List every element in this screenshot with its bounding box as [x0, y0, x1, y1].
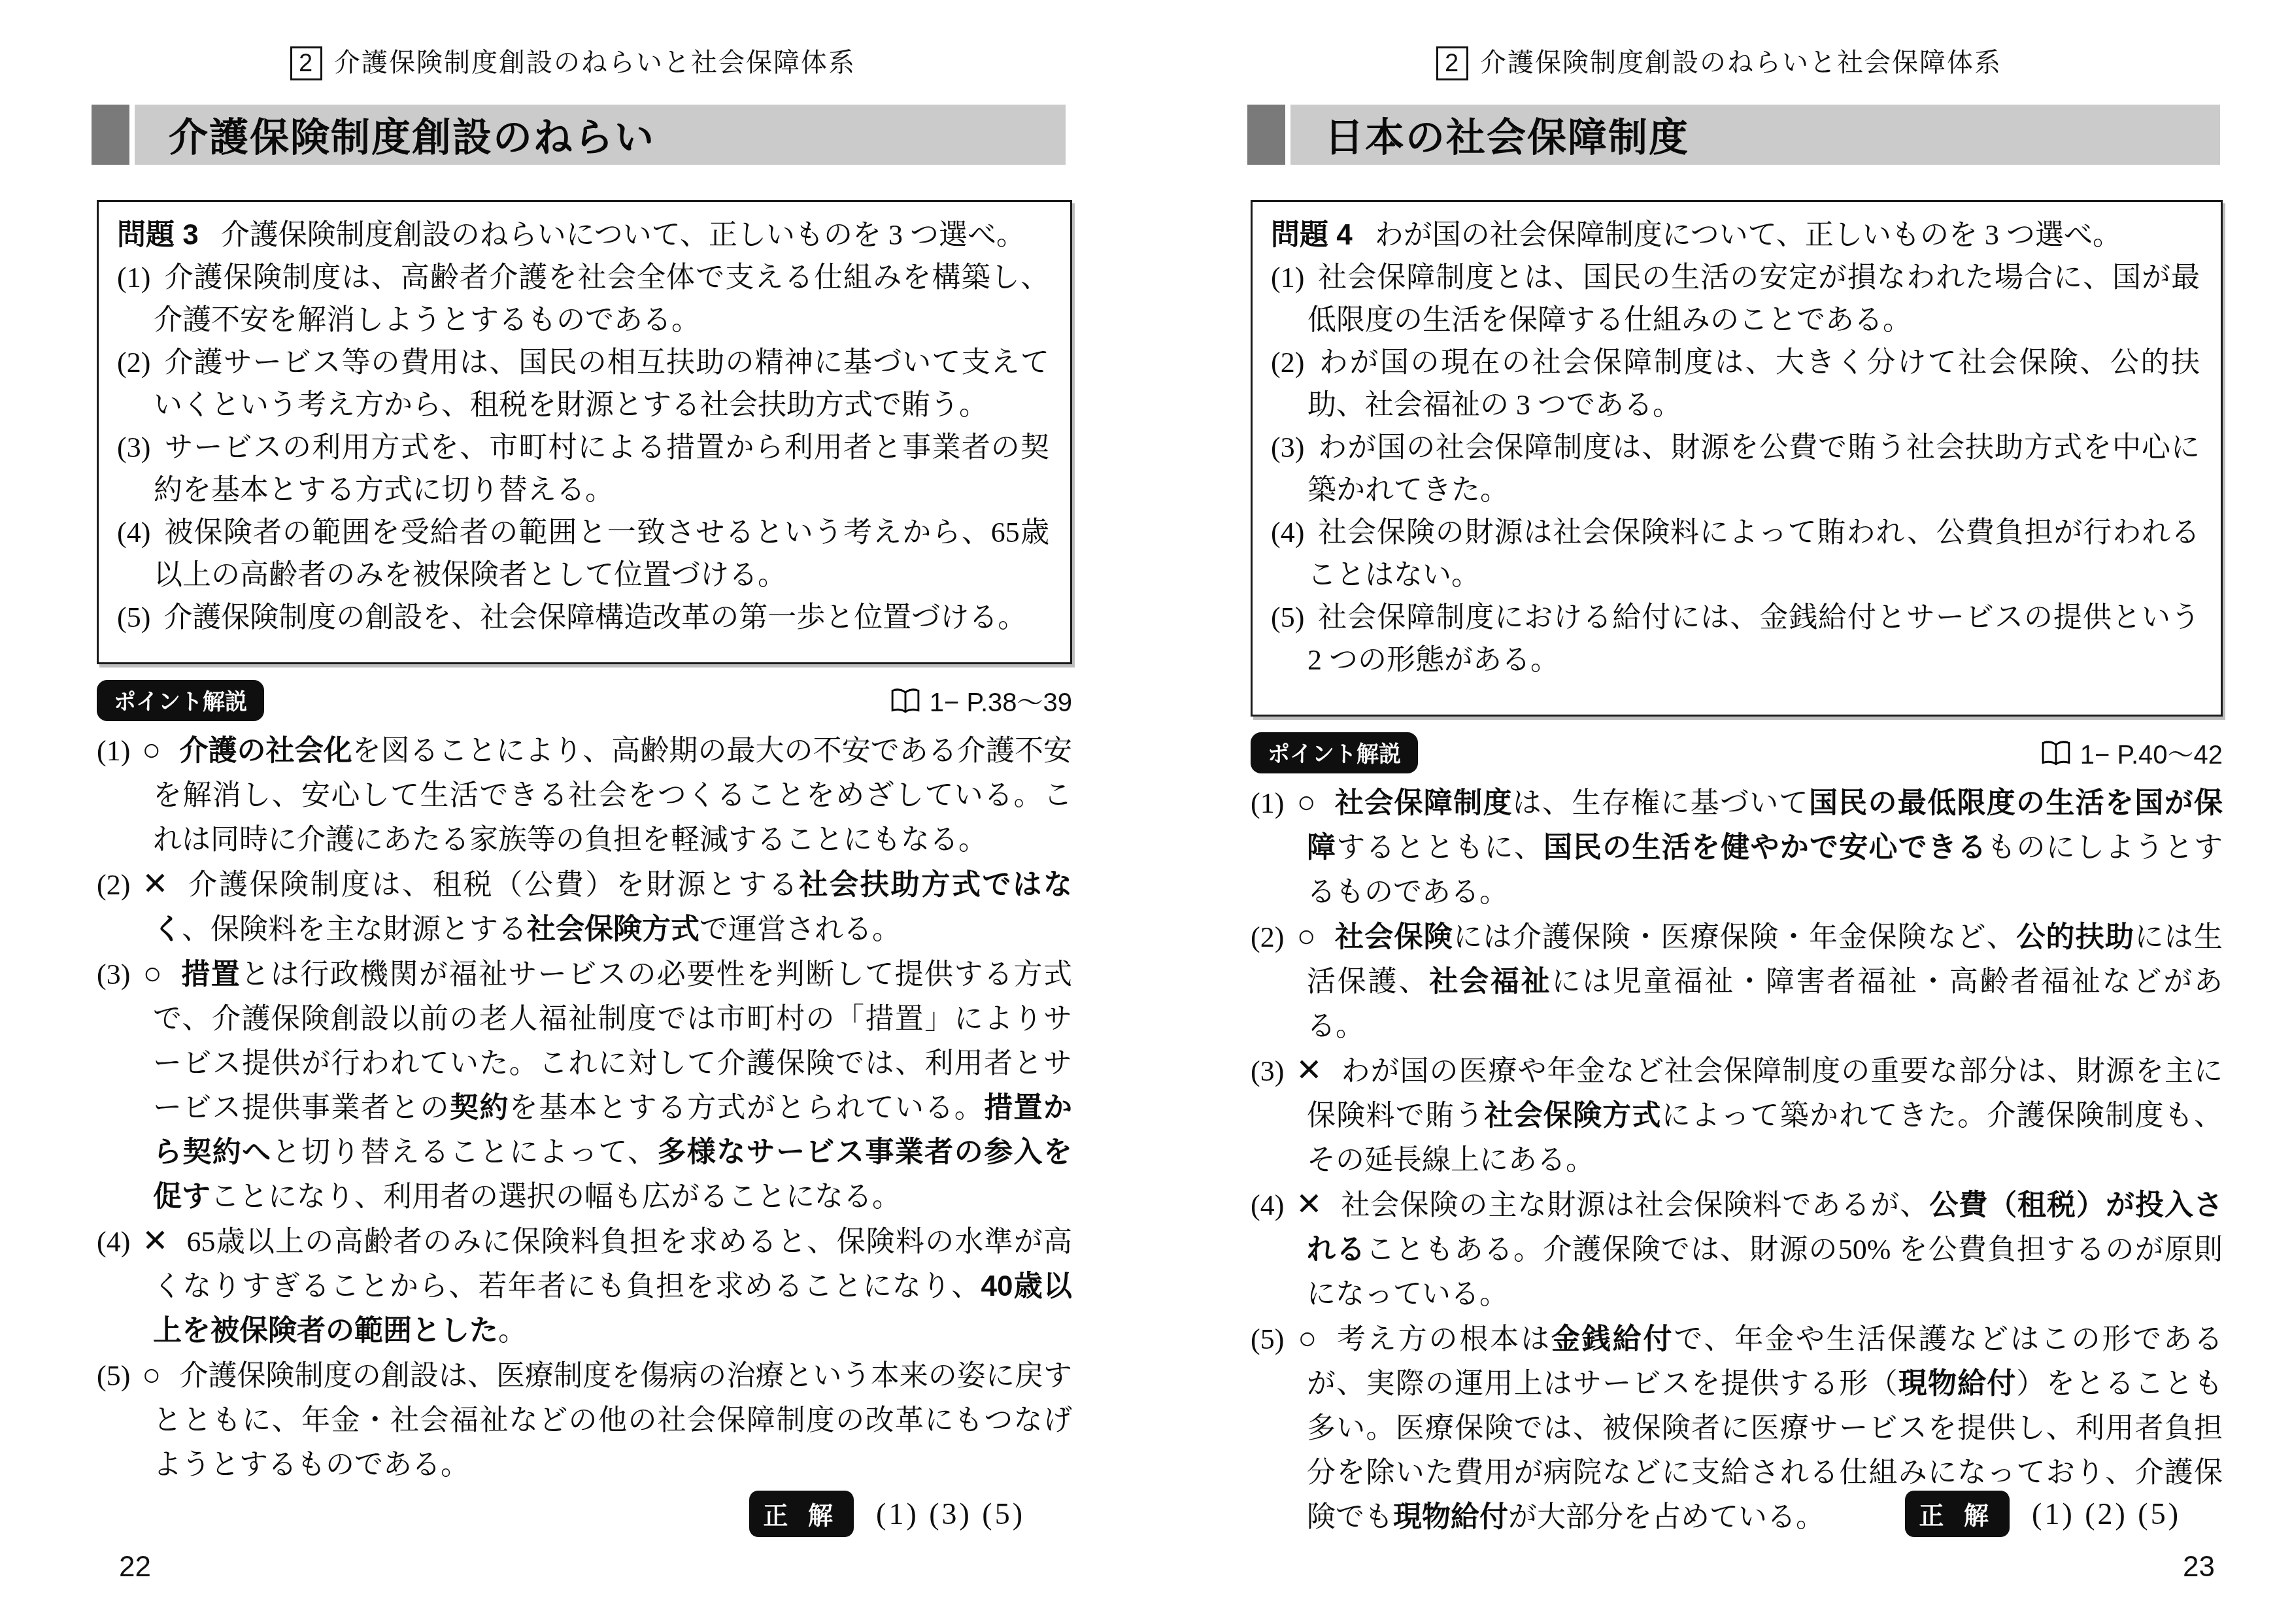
item-marker: (1) — [117, 262, 150, 294]
item-marker: (1) — [1251, 787, 1284, 819]
question-lead-text: わが国の社会保障制度について、正しいものを 3 つ選べ。 — [1375, 219, 2121, 251]
open-book-icon — [889, 687, 922, 715]
section-title-strip: 介護保険制度創設のねらい — [135, 105, 1066, 165]
section-title-bar: 介護保険制度創設のねらい — [92, 105, 1066, 165]
correct-mark: ○ — [1296, 785, 1317, 820]
question-item-text: 被保険者の範囲を受給者の範囲と一致させるという考えから、65歳以上の高齢者のみを… — [154, 516, 1049, 591]
question-item: (1)介護保険制度は、高齢者介護を社会全体で支える仕組みを構築し、介護不安を解消… — [117, 256, 1049, 341]
cross-mark: ✕ — [142, 867, 168, 902]
question-box: 問題 3介護保険制度創設のねらいについて、正しいものを 3 つ選べ。 (1)介護… — [97, 200, 1072, 664]
section-title-bar: 日本の社会保障制度 — [1247, 105, 2220, 165]
point-explanation-badge: ポイント解説 — [1251, 732, 1418, 773]
question-box: 問題 4わが国の社会保障制度について、正しいものを 3 つ選べ。 (1)社会保障… — [1251, 200, 2223, 717]
right-page: 2介護保険制度創設のねらいと社会保障体系 日本の社会保障制度 問題 4わが国の社… — [1146, 0, 2292, 1624]
explanation-item: (1)○社会保障制度は、生存権に基づいて国民の最低限度の生活を国が保障するととも… — [1251, 781, 2223, 915]
explanation-list: (1)○社会保障制度は、生存権に基づいて国民の最低限度の生活を国が保障するととも… — [1251, 781, 2223, 1540]
page-number: 22 — [119, 1551, 151, 1583]
question-item: (5)社会保障制度における給付には、金銭給付とサービスの提供という 2 つの形態… — [1271, 596, 2200, 681]
item-marker: (1) — [1271, 262, 1304, 294]
question-item: (3)サービスの利用方式を、市町村による措置から利用者と事業者の契約を基本とする… — [117, 426, 1049, 511]
textbook-reference: 1− P.38〜39 — [889, 682, 1072, 719]
question-lead-text: 介護保険制度創設のねらいについて、正しいものを 3 つ選べ。 — [221, 219, 1025, 251]
correct-mark: ○ — [142, 733, 161, 768]
explanation-item: (3)○措置とは行政機関が福祉サービスの必要性を判断して提供する方式で、介護保険… — [97, 952, 1072, 1219]
cross-mark: ✕ — [142, 1224, 168, 1259]
correct-mark: ○ — [1296, 919, 1317, 954]
correct-answer-badge: 正 解 — [1905, 1491, 2010, 1537]
question-item: (3)わが国の社会保障制度は、財源を公費で賄う社会扶助方式を中心に築かれてきた。 — [1271, 426, 2200, 511]
running-header-title: 介護保険制度創設のねらいと社会保障体系 — [334, 48, 856, 77]
explanation-text: わが国の医療や年金など社会保障制度の重要な部分は、財源を主に保険料で賄う社会保険… — [1307, 1055, 2223, 1176]
correct-mark: ○ — [142, 1358, 161, 1393]
item-marker: (2) — [97, 869, 130, 901]
item-marker: (5) — [117, 601, 150, 634]
section-title: 介護保険制度創設のねらい — [169, 107, 655, 163]
answer-row: 正 解 (1) (2) (5) — [1251, 1491, 2181, 1537]
question-item-text: サービスの利用方式を、市町村による措置から利用者と事業者の契約を基本とする方式に… — [154, 431, 1049, 506]
explanation-text: 65歳以上の高齢者のみに保険料負担を求めると、保険料の水準が高くなりすぎることか… — [153, 1226, 1072, 1347]
item-marker: (2) — [1271, 347, 1304, 379]
section-title: 日本の社会保障制度 — [1324, 107, 1689, 163]
question-item: (2)介護サービス等の費用は、国民の相互扶助の精神に基づいて支えていくという考え… — [117, 341, 1049, 426]
explanation-item: (2)○社会保険には介護保険・医療保険・年金保険など、公的扶助には生活保護、社会… — [1251, 915, 2223, 1049]
item-marker: (1) — [97, 735, 130, 767]
textbook-reference: 1− P.40〜42 — [2040, 734, 2223, 771]
item-marker: (4) — [117, 516, 150, 549]
explanation-item: (3)✕わが国の医療や年金など社会保障制度の重要な部分は、財源を主に保険料で賄う… — [1251, 1049, 2223, 1183]
cross-mark: ✕ — [1296, 1053, 1322, 1088]
question-item-text: 社会保険の財源は社会保険料によって賄われ、公費負担が行われることはない。 — [1307, 516, 2200, 591]
item-marker: (3) — [1271, 431, 1304, 464]
section-title-tab — [1247, 105, 1285, 165]
correct-answer-values: (1) (2) (5) — [2032, 1497, 2181, 1531]
question-label: 問題 3 — [117, 219, 199, 251]
item-marker: (4) — [1271, 516, 1304, 549]
question-item-text: 社会保障制度における給付には、金銭給付とサービスの提供という 2 つの形態がある… — [1307, 601, 2200, 676]
explanation-text: 介護保険制度は、租税（公費）を財源とする社会扶助方式ではなく、保険料を主な財源と… — [153, 869, 1072, 945]
left-page: 2介護保険制度創設のねらいと社会保障体系 介護保険制度創設のねらい 問題 3介護… — [0, 0, 1146, 1624]
explanation-item: (5)○介護保険制度の創設は、医療制度を傷病の治療という本来の姿に戻すとともに、… — [97, 1353, 1072, 1487]
item-marker: (3) — [1251, 1055, 1284, 1087]
correct-answer-values: (1) (3) (5) — [876, 1497, 1025, 1531]
explanation-item: (1)○介護の社会化を図ることにより、高齢期の最大の不安である介護不安を解消し、… — [97, 728, 1072, 862]
running-header: 2介護保険制度創設のねらいと社会保障体系 — [0, 46, 1146, 80]
section-title-tab — [92, 105, 129, 165]
question-item: (1)社会保障制度とは、国民の生活の安定が損なわれた場合に、国が最低限度の生活を… — [1271, 256, 2200, 341]
explanation-text: 介護保険制度の創設は、医療制度を傷病の治療という本来の姿に戻すとともに、年金・社… — [153, 1360, 1072, 1481]
question-lead: 問題 4わが国の社会保障制度について、正しいものを 3 つ選べ。 — [1271, 214, 2200, 256]
question-item-text: 介護保険制度は、高齢者介護を社会全体で支える仕組みを構築し、介護不安を解消しよう… — [154, 262, 1049, 336]
question-item: (4)被保険者の範囲を受給者の範囲と一致させるという考えから、65歳以上の高齢者… — [117, 511, 1049, 596]
explanation-item: (4)✕65歳以上の高齢者のみに保険料負担を求めると、保険料の水準が高くなりすぎ… — [97, 1219, 1072, 1353]
textbook-reference-text: 1− P.38〜39 — [930, 682, 1072, 719]
item-marker: (5) — [1271, 601, 1304, 634]
explanation-item: (2)✕介護保険制度は、租税（公費）を財源とする社会扶助方式ではなく、保険料を主… — [97, 862, 1072, 952]
explanation-text: 介護の社会化を図ることにより、高齢期の最大の不安である介護不安を解消し、安心して… — [153, 735, 1072, 856]
explanation-text: 社会保険には介護保険・医療保険・年金保険など、公的扶助には生活保護、社会福祉には… — [1307, 921, 2223, 1042]
chapter-number-box: 2 — [290, 46, 322, 80]
question-item-text: 社会保障制度とは、国民の生活の安定が損なわれた場合に、国が最低限度の生活を保障す… — [1307, 262, 2200, 336]
question-item: (5)介護保険制度の創設を、社会保障構造改革の第一歩と位置づける。 — [117, 596, 1049, 639]
point-explanation-badge: ポイント解説 — [97, 680, 264, 721]
item-marker: (2) — [117, 347, 150, 379]
question-item: (4)社会保険の財源は社会保険料によって賄われ、公費負担が行われることはない。 — [1271, 511, 2200, 596]
question-item: (2)わが国の現在の社会保障制度は、大きく分けて社会保険、公的扶助、社会福祉の … — [1271, 341, 2200, 426]
item-marker: (2) — [1251, 921, 1284, 953]
item-marker: (3) — [97, 958, 130, 990]
explanation-header: ポイント解説 1− P.40〜42 — [1251, 732, 2223, 773]
explanation-text: 社会保険の主な財源は社会保険料であるが、公費（租税）が投入されることもある。介護… — [1307, 1189, 2223, 1310]
explanation-list: (1)○介護の社会化を図ることにより、高齢期の最大の不安である介護不安を解消し、… — [97, 728, 1072, 1487]
question-lead: 問題 3介護保険制度創設のねらいについて、正しいものを 3 つ選べ。 — [117, 214, 1049, 256]
correct-answer-badge: 正 解 — [749, 1491, 854, 1537]
item-marker: (3) — [117, 431, 150, 464]
answer-row: 正 解 (1) (3) (5) — [97, 1491, 1025, 1537]
explanation-text: 措置とは行政機関が福祉サービスの必要性を判断して提供する方式で、介護保険創設以前… — [153, 958, 1072, 1213]
running-header: 2介護保険制度創設のねらいと社会保障体系 — [1146, 46, 2292, 80]
open-book-icon — [2040, 739, 2072, 767]
section-title-strip: 日本の社会保障制度 — [1290, 105, 2220, 165]
question-label: 問題 4 — [1271, 219, 1353, 251]
item-marker: (4) — [1251, 1189, 1284, 1221]
item-marker: (4) — [97, 1226, 130, 1258]
question-item-text: わが国の社会保障制度は、財源を公費で賄う社会扶助方式を中心に築かれてきた。 — [1307, 431, 2200, 506]
explanation-item: (4)✕社会保険の主な財源は社会保険料であるが、公費（租税）が投入されることもあ… — [1251, 1183, 2223, 1317]
question-item-text: 介護サービス等の費用は、国民の相互扶助の精神に基づいて支えていくという考え方から… — [154, 347, 1049, 421]
question-item-text: 介護保険制度の創設を、社会保障構造改革の第一歩と位置づける。 — [163, 601, 1026, 634]
textbook-reference-text: 1− P.40〜42 — [2080, 734, 2223, 771]
correct-mark: ○ — [142, 956, 163, 991]
item-marker: (5) — [97, 1360, 130, 1392]
cross-mark: ✕ — [1296, 1187, 1322, 1222]
question-item-text: わが国の現在の社会保障制度は、大きく分けて社会保険、公的扶助、社会福祉の 3 つ… — [1307, 347, 2200, 421]
running-header-title: 介護保険制度創設のねらいと社会保障体系 — [1480, 48, 2002, 77]
explanation-text: 社会保障制度は、生存権に基づいて国民の最低限度の生活を国が保障するとともに、国民… — [1307, 787, 2223, 908]
item-marker: (5) — [1251, 1323, 1284, 1355]
chapter-number-box: 2 — [1436, 46, 1468, 80]
correct-mark: ○ — [1296, 1321, 1319, 1356]
explanation-header: ポイント解説 1− P.38〜39 — [97, 680, 1072, 721]
page-number: 23 — [2183, 1551, 2215, 1583]
